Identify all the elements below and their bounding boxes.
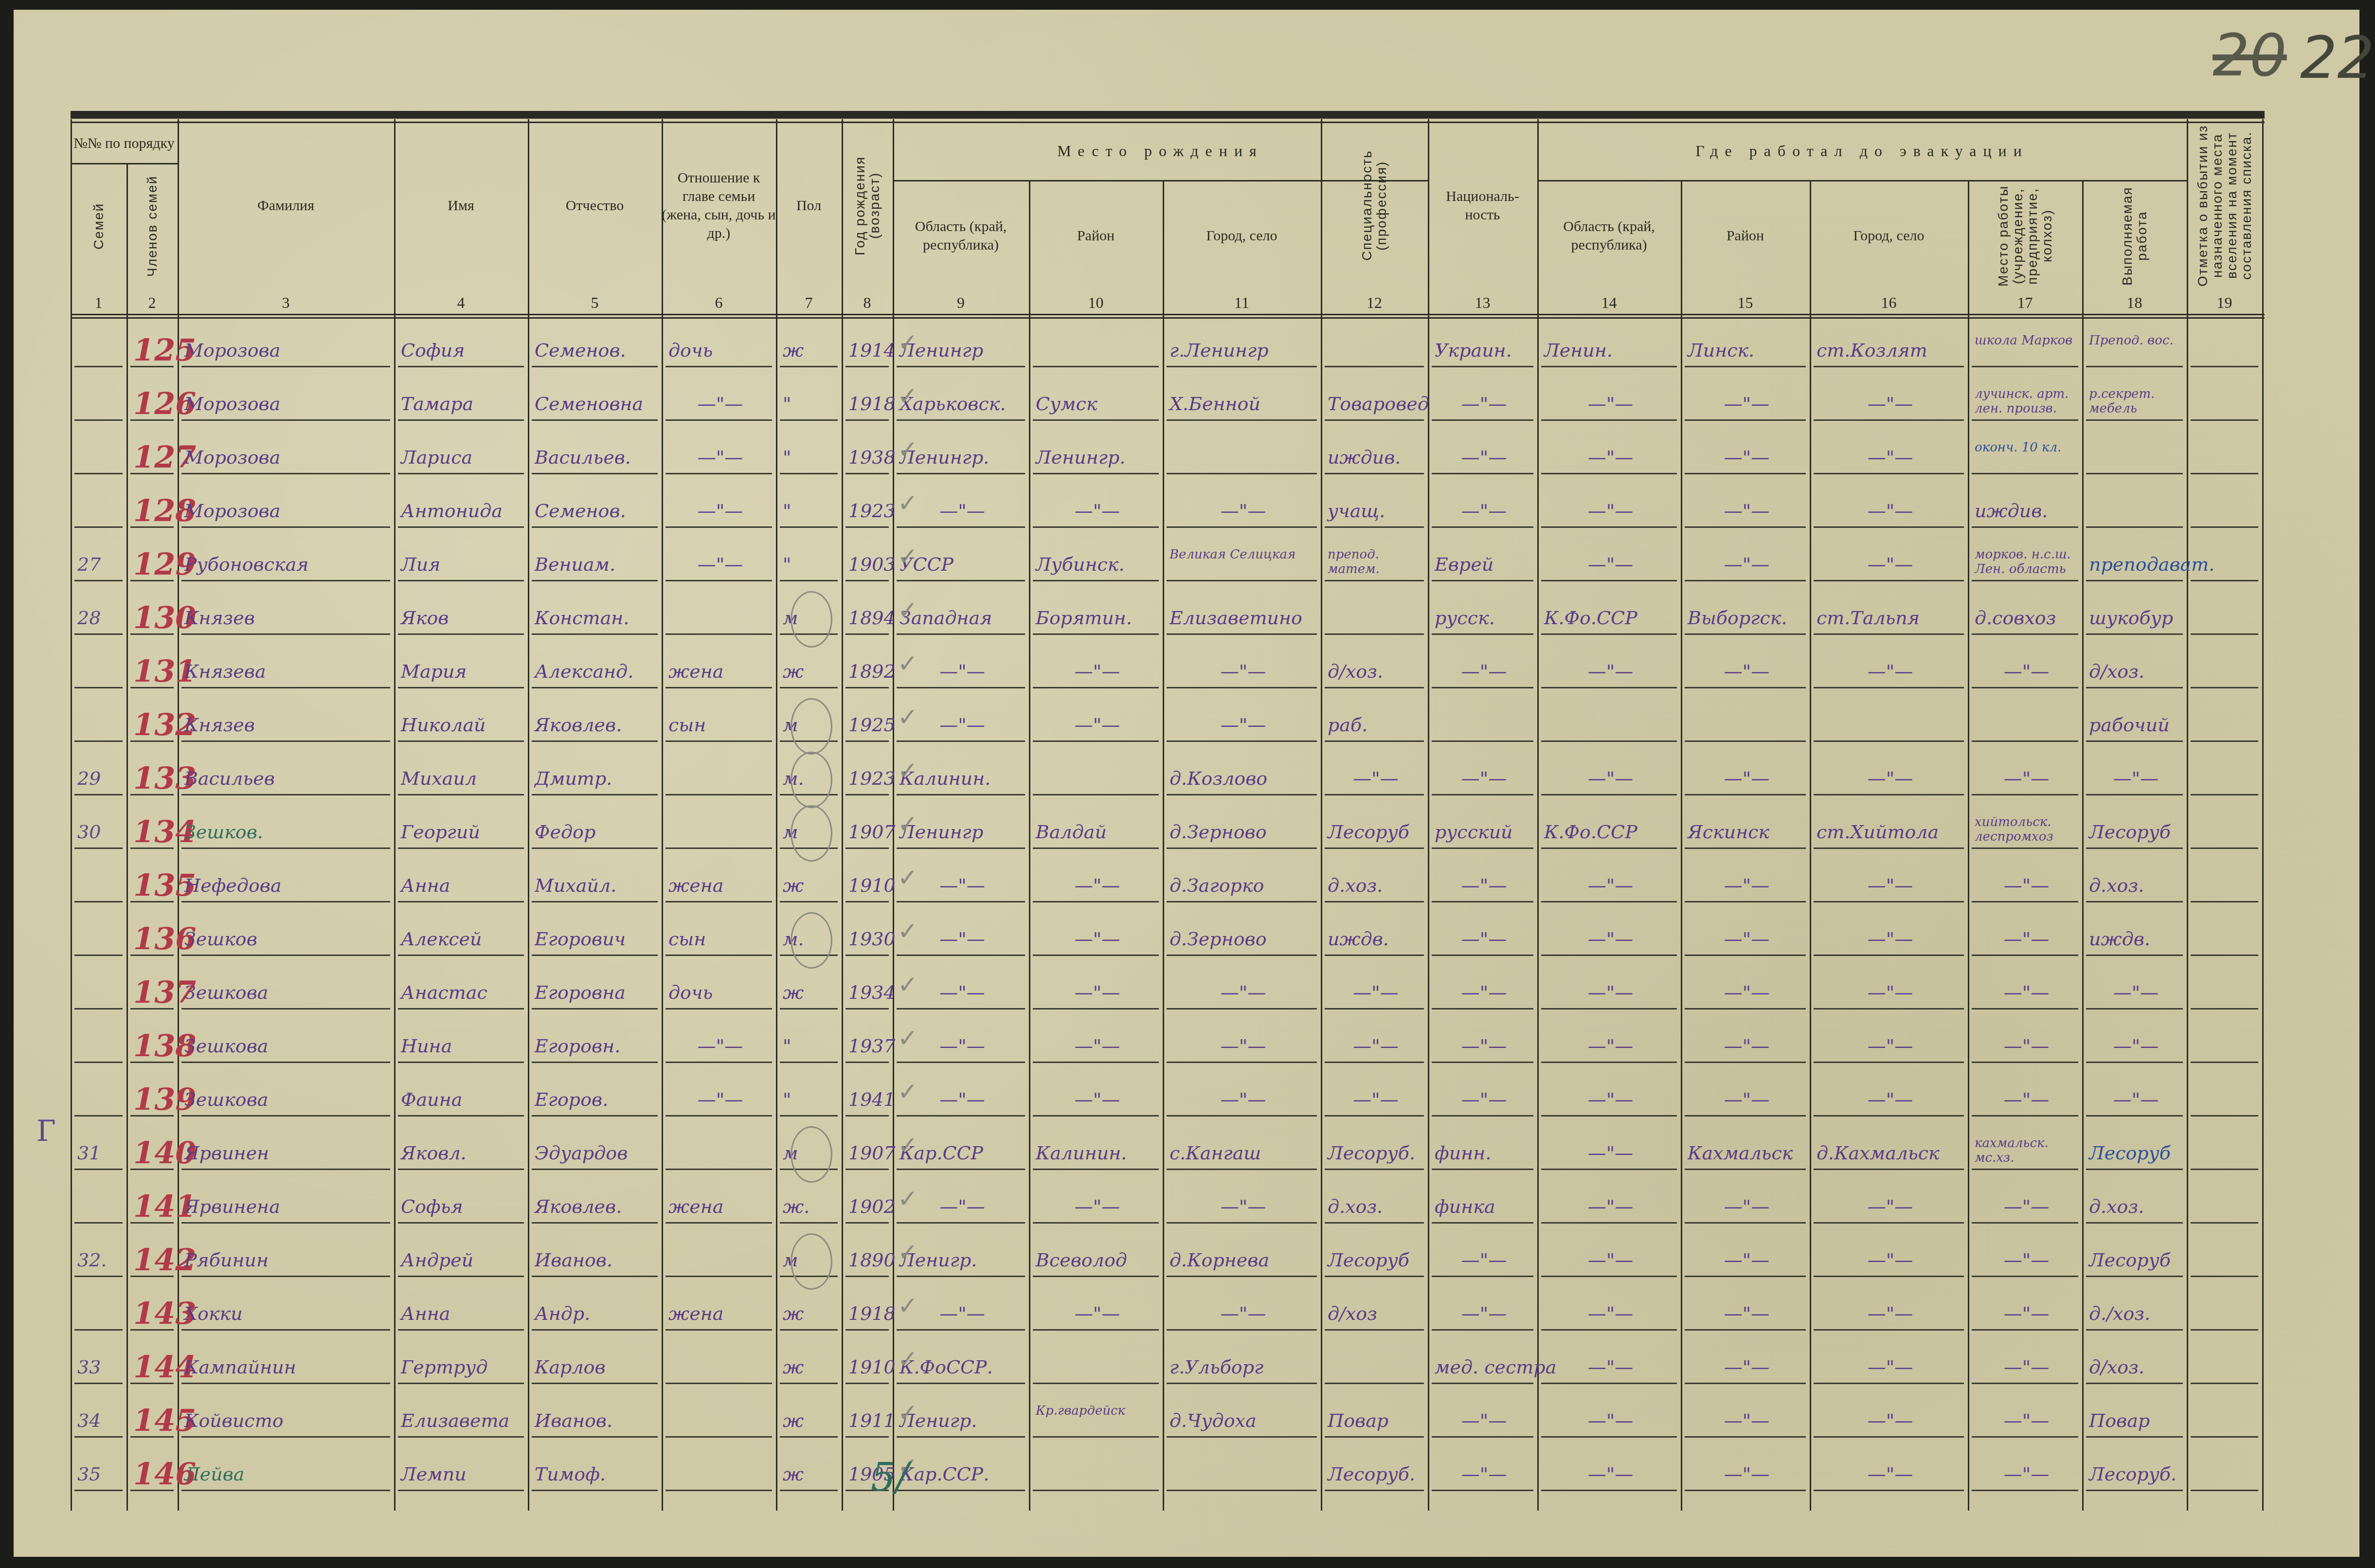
nationality: —"— <box>1432 1457 1533 1491</box>
departure-note <box>2191 708 2258 742</box>
work-district: —"— <box>1685 1243 1806 1277</box>
nationality: Украин. <box>1432 333 1533 367</box>
nationality: —"— <box>1432 387 1533 421</box>
family-number <box>74 387 123 421</box>
profession <box>1325 1350 1424 1384</box>
birth-city: с.Кангаш <box>1167 1136 1317 1170</box>
member-number: 126 <box>130 387 174 421</box>
relation <box>666 1404 772 1438</box>
first-name: Анна <box>398 868 524 902</box>
work-city: —"— <box>1814 1243 1964 1277</box>
work-district: —"— <box>1685 440 1806 474</box>
birth-district: —"— <box>1033 654 1159 688</box>
birth-district: —"— <box>1033 868 1159 902</box>
work-city: —"— <box>1814 1404 1964 1438</box>
profession: д/хоз. <box>1325 654 1424 688</box>
work-place: —"— <box>1972 1297 2078 1331</box>
birth-city: г.Ульборг <box>1167 1350 1317 1384</box>
patronymic: Вениам. <box>532 547 658 581</box>
relation: сын <box>666 708 772 742</box>
family-number <box>74 922 123 956</box>
pencil-check-icon: ✓ <box>898 810 918 838</box>
family-number <box>74 1297 123 1331</box>
work-job: —"— <box>2086 975 2183 1009</box>
work-region: —"— <box>1541 761 1677 795</box>
first-name: Елизавета <box>398 1404 524 1438</box>
birth-district <box>1033 761 1159 795</box>
member-number: 133 <box>130 761 174 795</box>
work-job: Лесоруб <box>2086 1243 2183 1277</box>
profession: д.хоз. <box>1325 1190 1424 1224</box>
member-number: 125 <box>130 333 174 367</box>
birth-year: 1903 <box>846 547 889 581</box>
header-work-place: Место работы (учреждение, предприятие, к… <box>1968 185 2082 287</box>
work-city: —"— <box>1814 1457 1964 1491</box>
relation: —"— <box>666 387 772 421</box>
work-district: —"— <box>1685 922 1806 956</box>
departure-note <box>2191 1297 2258 1331</box>
family-number: 30 <box>74 815 123 849</box>
column-divider <box>71 119 72 1511</box>
surname: Князев <box>181 708 390 742</box>
work-city: —"— <box>1814 654 1964 688</box>
profession: раб. <box>1325 708 1424 742</box>
header-work-city: Город, село <box>1810 185 1968 287</box>
pencil-check-icon: ✓ <box>898 757 918 785</box>
work-place: хийтольск. леспромхоз <box>1972 815 2078 849</box>
profession <box>1325 601 1424 635</box>
member-number: 132 <box>130 708 174 742</box>
work-district: —"— <box>1685 761 1806 795</box>
work-city: —"— <box>1814 440 1964 474</box>
relation <box>666 1457 772 1491</box>
birth-district: —"— <box>1033 1029 1159 1063</box>
work-region: —"— <box>1541 440 1677 474</box>
sex: ж <box>780 1297 838 1331</box>
birth-year: 1910 <box>846 868 889 902</box>
column-divider <box>1810 180 1811 1511</box>
work-district: —"— <box>1685 1404 1806 1438</box>
family-number: 27 <box>74 547 123 581</box>
nationality: —"— <box>1432 1243 1533 1277</box>
birth-district: Валдай <box>1033 815 1159 849</box>
work-place: —"— <box>1972 1350 2078 1384</box>
pencil-check-icon: ✓ <box>898 917 918 945</box>
work-place: —"— <box>1972 1404 2078 1438</box>
work-place: —"— <box>1972 975 2078 1009</box>
profession: Лесоруб <box>1325 815 1424 849</box>
page-number: 22 <box>2300 24 2375 92</box>
surname: Рубоновская <box>181 547 390 581</box>
work-region: —"— <box>1541 1243 1677 1277</box>
sex: ж <box>780 868 838 902</box>
first-name: Нина <box>398 1029 524 1063</box>
relation: дочь <box>666 333 772 367</box>
header-sex: Пол <box>776 124 842 287</box>
header-numbers-group: №№ по порядку <box>71 124 178 163</box>
birth-district: —"— <box>1033 708 1159 742</box>
member-number: 139 <box>130 1082 174 1117</box>
profession <box>1325 333 1424 367</box>
birth-city: —"— <box>1167 494 1317 528</box>
birth-year: 1914 <box>846 333 889 367</box>
departure-note <box>2191 1190 2258 1224</box>
work-place: —"— <box>1972 1190 2078 1224</box>
surname: Ярвинена <box>181 1190 390 1224</box>
pencil-check-icon: ✓ <box>898 1185 918 1213</box>
nationality: —"— <box>1432 494 1533 528</box>
work-place: —"— <box>1972 922 2078 956</box>
work-region: —"— <box>1541 1029 1677 1063</box>
nationality: финка <box>1432 1190 1533 1224</box>
work-job: д.хоз. <box>2086 868 2183 902</box>
surname: Зешкова <box>181 1082 390 1117</box>
nationality: —"— <box>1432 440 1533 474</box>
departure-note <box>2191 1404 2258 1438</box>
column-divider <box>662 119 663 1511</box>
birth-city: д.Загорко <box>1167 868 1317 902</box>
work-job: Лесоруб <box>2086 815 2183 849</box>
patronymic: Егорович <box>532 922 658 956</box>
pencil-check-icon: ✓ <box>898 1024 918 1052</box>
patronymic: Констан. <box>532 601 658 635</box>
first-name: Антонида <box>398 494 524 528</box>
birth-city: Елизаветино <box>1167 601 1317 635</box>
departure-note <box>2191 387 2258 421</box>
birth-year: 1941 <box>846 1082 889 1117</box>
nationality: —"— <box>1432 922 1533 956</box>
departure-note <box>2191 1350 2258 1384</box>
birth-city <box>1167 1457 1317 1491</box>
header-work-job: Выполняемая работа <box>2082 185 2187 287</box>
work-district: —"— <box>1685 1457 1806 1491</box>
first-name: Алексей <box>398 922 524 956</box>
work-region: —"— <box>1541 1350 1677 1384</box>
nationality: —"— <box>1432 1029 1533 1063</box>
work-city: —"— <box>1814 494 1964 528</box>
first-name: Анастас <box>398 975 524 1009</box>
pencil-check-icon: ✓ <box>898 596 918 624</box>
profession: иждив. <box>1325 440 1424 474</box>
work-region: —"— <box>1541 975 1677 1009</box>
column-divider <box>1428 119 1429 1511</box>
patronymic: Федор <box>532 815 658 849</box>
profession: Лесоруб <box>1325 1243 1424 1277</box>
work-district: —"— <box>1685 975 1806 1009</box>
family-number <box>74 654 123 688</box>
member-number: 136 <box>130 922 174 956</box>
member-number: 129 <box>130 547 174 581</box>
departure-note <box>2191 868 2258 902</box>
work-city: —"— <box>1814 1350 1964 1384</box>
patronymic: Эдуардов <box>532 1136 658 1170</box>
member-number: 142 <box>130 1243 174 1277</box>
surname: Морозова <box>181 440 390 474</box>
family-number <box>74 1190 123 1224</box>
work-region: —"— <box>1541 1297 1677 1331</box>
header-patronymic: Отчество <box>528 124 662 287</box>
pencil-check-icon: ✓ <box>898 489 918 517</box>
birth-year: 1925 <box>846 708 889 742</box>
header-departure-note: Отметка о выбытии из назначенного места … <box>2187 124 2262 287</box>
relation <box>666 1243 772 1277</box>
surname: Хокки <box>181 1297 390 1331</box>
family-number <box>74 494 123 528</box>
birth-district <box>1033 1457 1159 1491</box>
departure-note <box>2191 547 2258 581</box>
work-place <box>1972 708 2078 742</box>
first-name: Фаина <box>398 1082 524 1117</box>
nationality: —"— <box>1432 1297 1533 1331</box>
sex: ж <box>780 975 838 1009</box>
header-top-rule-thin <box>71 122 2265 123</box>
work-district: —"— <box>1685 654 1806 688</box>
column-number: 3 <box>178 292 394 314</box>
header-families: Семей <box>71 165 126 287</box>
birth-year: 1907 <box>846 815 889 849</box>
first-name: Лия <box>398 547 524 581</box>
group-divider <box>71 163 178 164</box>
column-divider <box>1537 119 1539 1511</box>
relation: —"— <box>666 1029 772 1063</box>
birth-district: Сумск <box>1033 387 1159 421</box>
header-profession: Специальность (профессия) <box>1321 124 1428 287</box>
birth-city: д.Козлово <box>1167 761 1317 795</box>
pencil-check-icon: ✓ <box>898 542 918 571</box>
profession: д.хоз. <box>1325 868 1424 902</box>
birth-city: д.Чудоха <box>1167 1404 1317 1438</box>
profession: Лесоруб. <box>1325 1457 1424 1491</box>
column-number: 16 <box>1810 292 1968 314</box>
first-name: Тамара <box>398 387 524 421</box>
work-city: д.Кахмальск <box>1814 1136 1964 1170</box>
profession: —"— <box>1325 761 1424 795</box>
birth-city: —"— <box>1167 1297 1317 1331</box>
work-place: д.совхоз <box>1972 601 2078 635</box>
column-number: 6 <box>662 292 776 314</box>
family-number <box>74 1082 123 1117</box>
pencil-check-icon: ✓ <box>898 864 918 892</box>
work-job: Повар <box>2086 1404 2183 1438</box>
member-number: 135 <box>130 868 174 902</box>
member-number: 127 <box>130 440 174 474</box>
birth-district: —"— <box>1033 1082 1159 1117</box>
surname: Кампайнин <box>181 1350 390 1384</box>
work-place: —"— <box>1972 1457 2078 1491</box>
column-divider <box>2187 119 2188 1511</box>
work-district: —"— <box>1685 1350 1806 1384</box>
column-number: 9 <box>893 292 1029 314</box>
first-name: Яков <box>398 601 524 635</box>
relation <box>666 601 772 635</box>
pencil-check-icon: ✓ <box>898 649 918 678</box>
nationality: финн. <box>1432 1136 1533 1170</box>
work-place: школа Марков <box>1972 333 2078 367</box>
birth-city: Великая Селицкая <box>1167 547 1317 581</box>
birth-district: Калинин. <box>1033 1136 1159 1170</box>
patronymic: Михайл. <box>532 868 658 902</box>
first-name: Анна <box>398 1297 524 1331</box>
family-number <box>74 333 123 367</box>
work-job: Лесоруб <box>2086 1136 2183 1170</box>
relation: —"— <box>666 547 772 581</box>
column-divider <box>776 119 777 1511</box>
family-number: 28 <box>74 601 123 635</box>
relation: жена <box>666 868 772 902</box>
column-divider <box>1163 180 1164 1511</box>
departure-note <box>2191 1136 2258 1170</box>
birth-district: —"— <box>1033 1190 1159 1224</box>
departure-note <box>2191 1029 2258 1063</box>
work-job: —"— <box>2086 1082 2183 1117</box>
patronymic: Семеновна <box>532 387 658 421</box>
surname: Койвисто <box>181 1404 390 1438</box>
member-number: 146 <box>130 1457 174 1491</box>
relation: —"— <box>666 494 772 528</box>
family-number <box>74 440 123 474</box>
work-job: д./хоз. <box>2086 1297 2183 1331</box>
header-work-region: Область (край, республика) <box>1537 185 1681 287</box>
work-place: иждив. <box>1972 494 2078 528</box>
nationality: русск. <box>1432 601 1533 635</box>
work-region: —"— <box>1541 1136 1677 1170</box>
patronymic: Васильев. <box>532 440 658 474</box>
nationality: —"— <box>1432 868 1533 902</box>
departure-note <box>2191 494 2258 528</box>
member-number: 131 <box>130 654 174 688</box>
pencil-circle-mark <box>791 1126 832 1183</box>
work-city <box>1814 708 1964 742</box>
family-number <box>74 708 123 742</box>
work-job: Препод. вос. <box>2086 333 2183 367</box>
sex: ж <box>780 1404 838 1438</box>
departure-note <box>2191 1243 2258 1277</box>
surname: Рябинин <box>181 1243 390 1277</box>
birth-district <box>1033 1350 1159 1384</box>
group-divider <box>1537 180 2187 181</box>
work-district: —"— <box>1685 1082 1806 1117</box>
work-place: морков. н.с.ш. Лен. область <box>1972 547 2078 581</box>
work-place: —"— <box>1972 868 2078 902</box>
work-region: —"— <box>1541 494 1677 528</box>
family-number: 29 <box>74 761 123 795</box>
work-city: ст.Хийтола <box>1814 815 1964 849</box>
birth-year: 1938 <box>846 440 889 474</box>
work-city: ст.Тальпя <box>1814 601 1964 635</box>
birth-city: —"— <box>1167 1190 1317 1224</box>
surname: Васильев <box>181 761 390 795</box>
birth-year: 1892 <box>846 654 889 688</box>
patronymic: Тимоф. <box>532 1457 658 1491</box>
sex: " <box>780 387 838 421</box>
departure-note <box>2191 333 2258 367</box>
profession: —"— <box>1325 1029 1424 1063</box>
relation: дочь <box>666 975 772 1009</box>
work-job: преподават. <box>2086 547 2183 581</box>
surname: Зешков. <box>181 815 390 849</box>
column-divider <box>126 163 128 1511</box>
work-city: —"— <box>1814 868 1964 902</box>
column-number: 19 <box>2187 292 2262 314</box>
work-district: —"— <box>1685 494 1806 528</box>
sex: " <box>780 1029 838 1063</box>
departure-note <box>2191 654 2258 688</box>
surname: Ярвинен <box>181 1136 390 1170</box>
work-region: —"— <box>1541 1457 1677 1491</box>
family-number <box>74 868 123 902</box>
profession: Лесоруб. <box>1325 1136 1424 1170</box>
birth-city: д.Зерново <box>1167 922 1317 956</box>
work-city: —"— <box>1814 387 1964 421</box>
birth-year: 1918 <box>846 1297 889 1331</box>
member-number: 130 <box>130 601 174 635</box>
work-job <box>2086 494 2183 528</box>
column-number: 4 <box>394 292 528 314</box>
birth-year: 1894 <box>846 601 889 635</box>
work-district: —"— <box>1685 1029 1806 1063</box>
column-number: 14 <box>1537 292 1681 314</box>
member-number: 144 <box>130 1350 174 1384</box>
column-divider <box>2082 180 2084 1511</box>
column-divider <box>1968 180 1969 1511</box>
birth-district <box>1033 333 1159 367</box>
work-district: —"— <box>1685 387 1806 421</box>
header-bottom-rule <box>71 314 2265 315</box>
patronymic: Егоров. <box>532 1082 658 1117</box>
nationality: мед. сестра <box>1432 1350 1533 1384</box>
patronymic: Андр. <box>532 1297 658 1331</box>
profession: д/хоз <box>1325 1297 1424 1331</box>
birth-city: д.Корнева <box>1167 1243 1317 1277</box>
surname: Князева <box>181 654 390 688</box>
pencil-circle-mark <box>791 591 832 648</box>
column-number: 2 <box>126 292 178 314</box>
relation: жена <box>666 654 772 688</box>
departure-note <box>2191 761 2258 795</box>
work-place: —"— <box>1972 1243 2078 1277</box>
work-city: —"— <box>1814 761 1964 795</box>
birth-district: —"— <box>1033 494 1159 528</box>
work-region: —"— <box>1541 922 1677 956</box>
member-number: 134 <box>130 815 174 849</box>
work-place: оконч. 10 кл. <box>1972 440 2078 474</box>
patronymic: Егоровна <box>532 975 658 1009</box>
surname: Нефедова <box>181 868 390 902</box>
work-region: —"— <box>1541 1190 1677 1224</box>
family-number: 33 <box>74 1350 123 1384</box>
birth-district: —"— <box>1033 1297 1159 1331</box>
work-job: р.секрет. мебель <box>2086 387 2183 421</box>
pencil-circle-mark <box>791 805 832 862</box>
pencil-check-icon: ✓ <box>898 1292 918 1320</box>
pencil-circle-mark <box>791 752 832 808</box>
patronymic: Карлов <box>532 1350 658 1384</box>
birth-year: 1934 <box>846 975 889 1009</box>
relation: сын <box>666 922 772 956</box>
birth-district: Кр.гвардейск <box>1033 1404 1159 1438</box>
work-region: Ленин. <box>1541 333 1677 367</box>
profession: —"— <box>1325 975 1424 1009</box>
surname: Зешкова <box>181 975 390 1009</box>
patronymic: Дмитр. <box>532 761 658 795</box>
departure-note <box>2191 922 2258 956</box>
profession: Товаровед <box>1325 387 1424 421</box>
nationality: Еврей <box>1432 547 1533 581</box>
birth-city: —"— <box>1167 708 1317 742</box>
pencil-check-icon: ✓ <box>898 703 918 731</box>
work-job: д.хоз. <box>2086 1190 2183 1224</box>
header-birth-district: Район <box>1029 185 1163 287</box>
